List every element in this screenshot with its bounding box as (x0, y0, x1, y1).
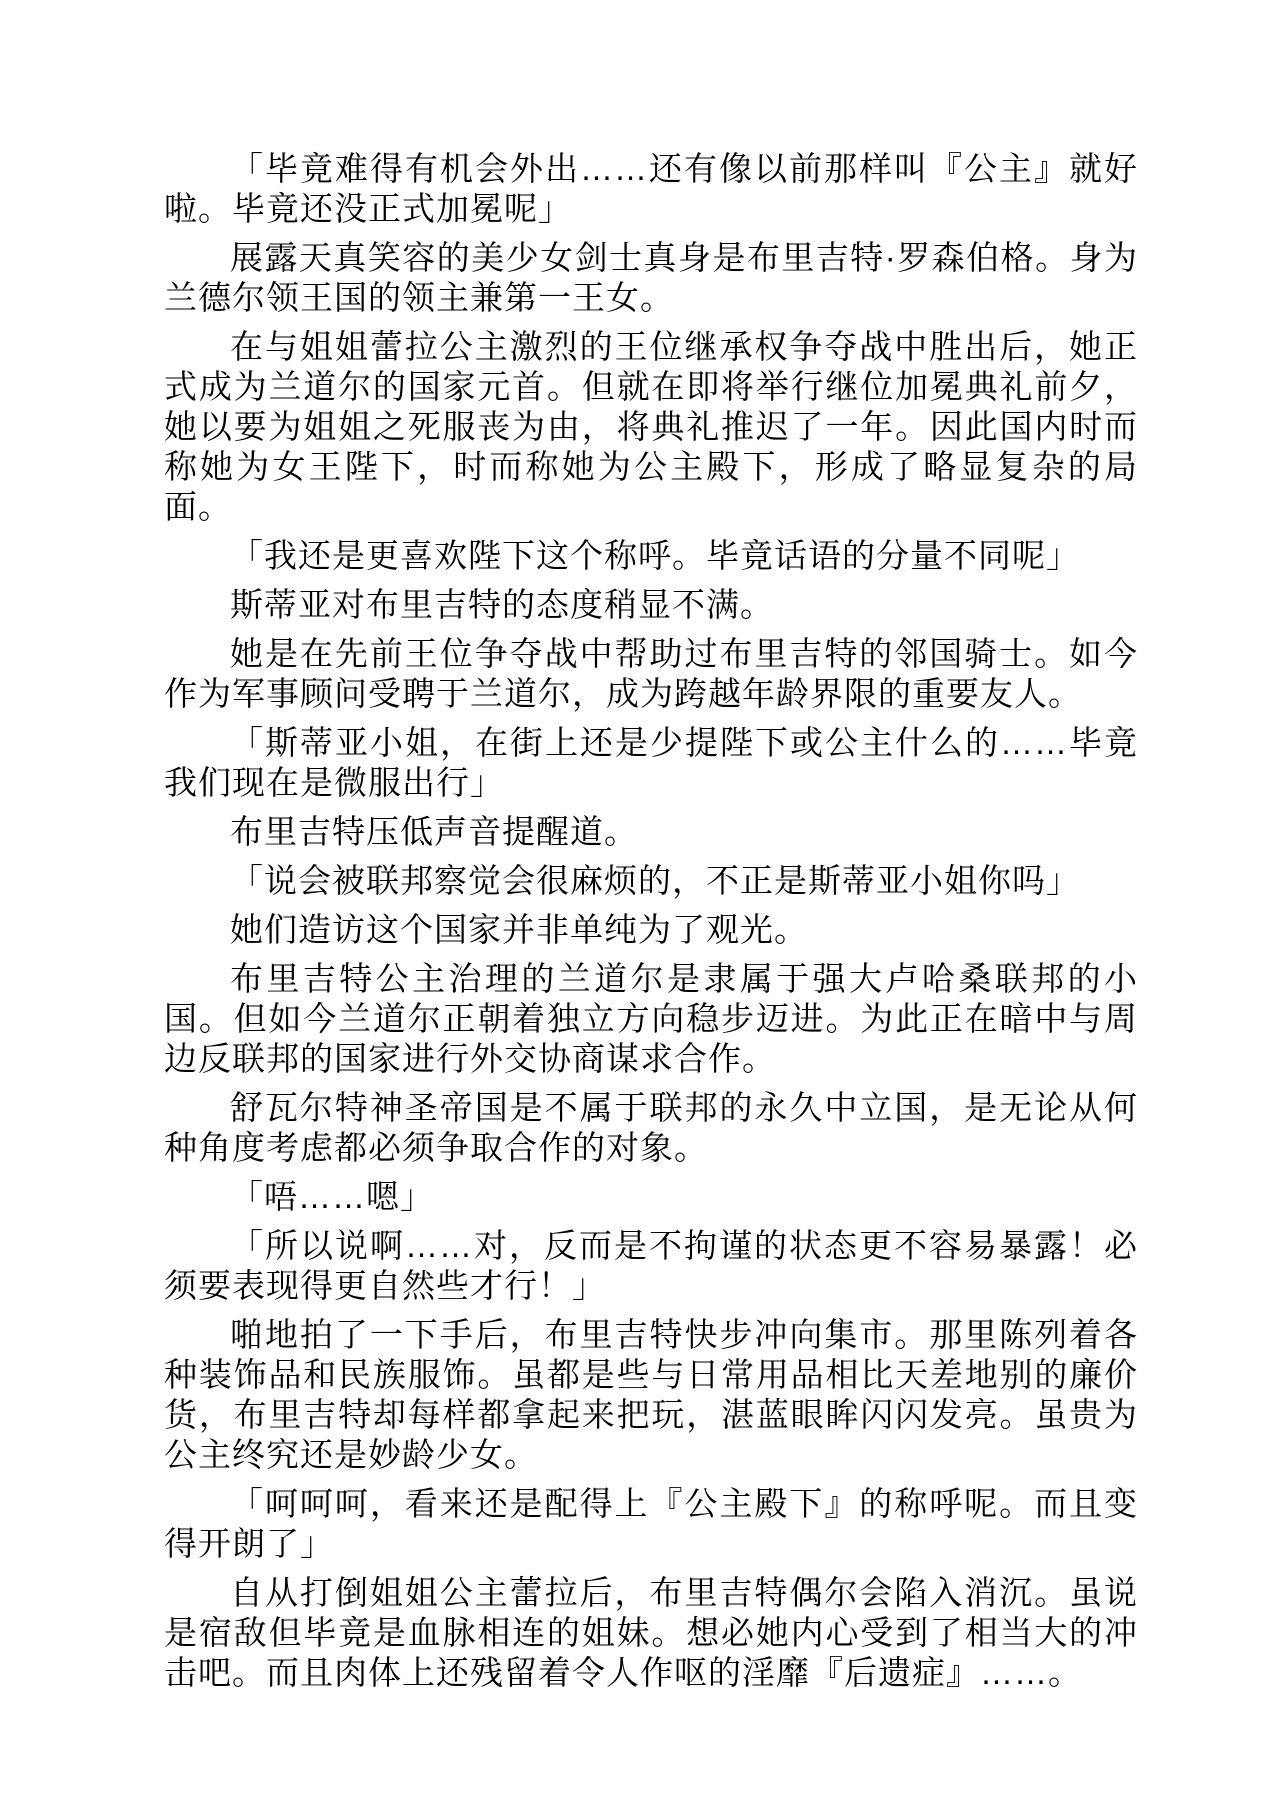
paragraph: 自从打倒姐姐公主蕾拉后，布里吉特偶尔会陷入消沉。虽说是宿敌但毕竟是血脉相连的姐妹… (164, 1573, 1138, 1693)
paragraph: 「呵呵呵，看来还是配得上『公主殿下』的称呼呢。而且变得开朗了」 (164, 1484, 1138, 1564)
paragraph: 「斯蒂亚小姐，在街上还是少提陛下或公主什么的……毕竟我们现在是微服出行」 (164, 723, 1138, 803)
paragraph: 她们造访这个国家并非单纯为了观光。 (164, 910, 1138, 950)
paragraph: 舒瓦尔特神圣帝国是不属于联邦的永久中立国，是无论从何种角度考虑都必须争取合作的对… (164, 1088, 1138, 1168)
paragraph: 「我还是更喜欢陛下这个称呼。毕竟话语的分量不同呢」 (164, 536, 1138, 576)
paragraph: 在与姐姐蕾拉公主激烈的王位继承权争夺战中胜出后，她正式成为兰道尔的国家元首。但就… (164, 327, 1138, 527)
paragraph: 她是在先前王位争夺战中帮助过布里吉特的邻国骑士。如今作为军事顾问受聘于兰道尔，成… (164, 634, 1138, 714)
paragraph: 布里吉特公主治理的兰道尔是隶属于强大卢哈桑联邦的小国。但如今兰道尔正朝着独立方向… (164, 959, 1138, 1079)
paragraph: 「毕竟难得有机会外出……还有像以前那样叫『公主』就好啦。毕竟还没正式加冕呢」 (164, 149, 1138, 229)
novel-page: 「毕竟难得有机会外出……还有像以前那样叫『公主』就好啦。毕竟还没正式加冕呢」 展… (0, 0, 1280, 1809)
paragraph: 「唔……嗯」 (164, 1177, 1138, 1217)
paragraph: 展露天真笑容的美少女剑士真身是布里吉特·罗森伯格。身为兰德尔领王国的领主兼第一王… (164, 238, 1138, 318)
paragraph: 布里吉特压低声音提醒道。 (164, 812, 1138, 852)
paragraph: 啪地拍了一下手后，布里吉特快步冲向集市。那里陈列着各种装饰品和民族服饰。虽都是些… (164, 1315, 1138, 1475)
paragraph: 斯蒂亚对布里吉特的态度稍显不满。 (164, 585, 1138, 625)
paragraph: 「所以说啊……对，反而是不拘谨的状态更不容易暴露！必须要表现得更自然些才行！」 (164, 1226, 1138, 1306)
paragraph: 「说会被联邦察觉会很麻烦的，不正是斯蒂亚小姐你吗」 (164, 861, 1138, 901)
